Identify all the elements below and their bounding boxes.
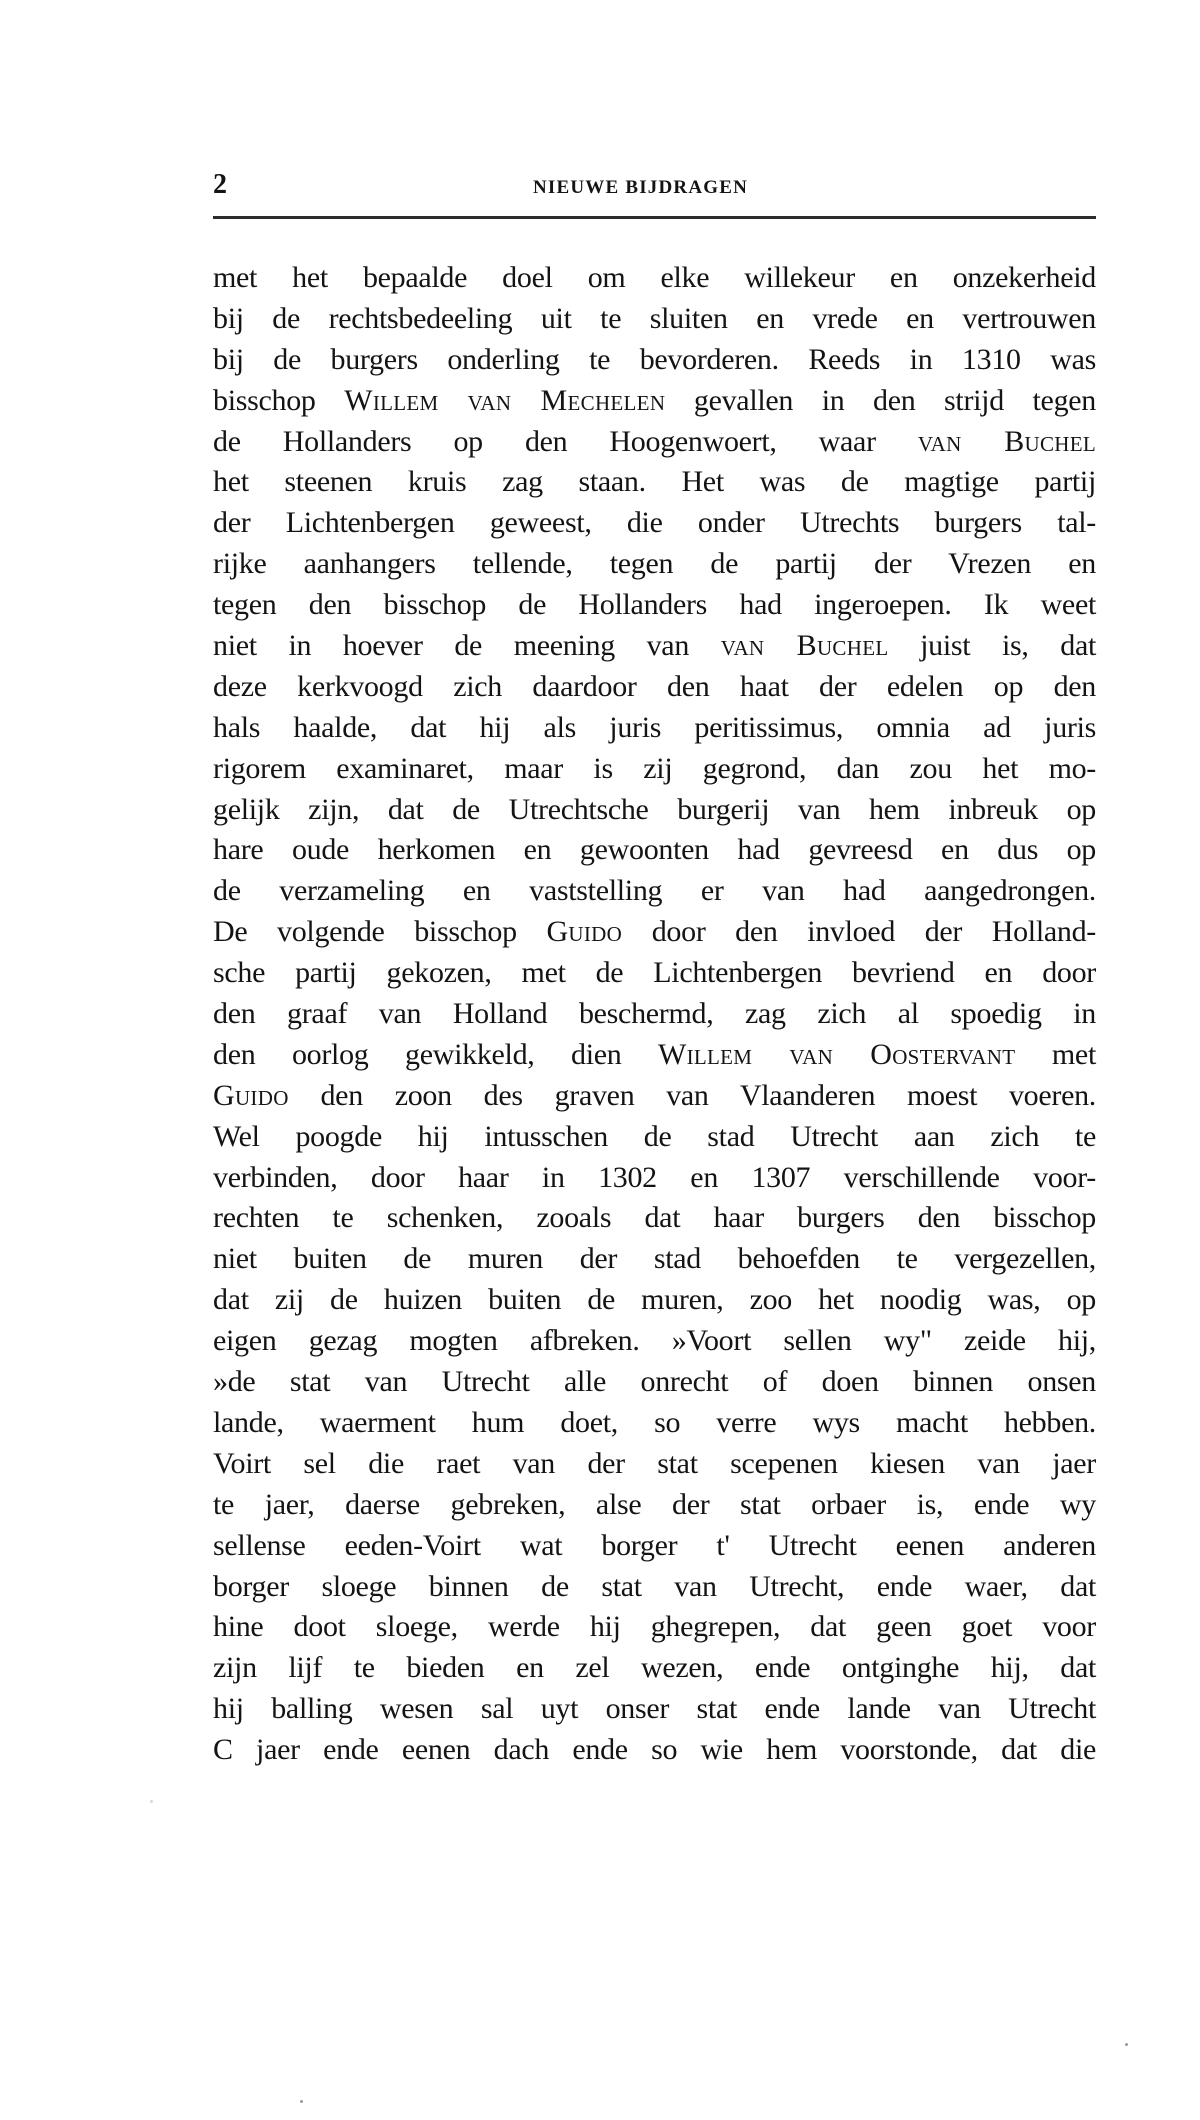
text-run: hare oude herkomen en gewoonten had gevr… — [213, 833, 1096, 866]
text-run: De volgende bisschop — [213, 915, 546, 948]
running-head: 2 NIEUWE BIJDRAGEN — [213, 170, 1096, 200]
text-line: De volgende bisschop Guido door den invl… — [213, 912, 1096, 953]
small-caps-name: van Buchel — [721, 629, 889, 662]
text-run: met — [1015, 1038, 1096, 1071]
text-line: lande, waerment hum doet, so verre wys m… — [213, 1403, 1096, 1444]
scan-speck — [150, 1800, 153, 1803]
text-run: rijke aanhangers tellende, tegen de part… — [213, 547, 1096, 580]
text-line: C jaer ende eenen dach ende so wie hem v… — [213, 1730, 1096, 1771]
text-line: rijke aanhangers tellende, tegen de part… — [213, 544, 1096, 585]
text-line: sche partij gekozen, met de Lichtenberge… — [213, 953, 1096, 994]
small-caps-name: van Buchel — [918, 425, 1096, 458]
text-run: rigorem examinaret, maar is zij gegrond,… — [213, 752, 1096, 785]
text-line: rigorem examinaret, maar is zij gegrond,… — [213, 749, 1096, 790]
text-run: der Lichtenbergen geweest, die onder Utr… — [213, 506, 1096, 539]
text-run: borger sloege binnen de stat van Utrecht… — [213, 1570, 1096, 1603]
text-line: de Hollanders op den Hoogenwoert, waar v… — [213, 422, 1096, 463]
text-run: hine doot sloege, werde hij ghegrepen, d… — [213, 1610, 1096, 1643]
body-text: met het bepaalde doel om elke willekeur … — [213, 258, 1096, 1771]
text-line: Wel poogde hij intusschen de stad Utrech… — [213, 1117, 1096, 1158]
text-line: der Lichtenbergen geweest, die onder Utr… — [213, 503, 1096, 544]
text-run: de Hollanders op den Hoogenwoert, waar — [213, 425, 918, 458]
text-run: door den invloed der Holland- — [622, 915, 1096, 948]
text-run: eigen gezag mogten afbreken. »Voort sell… — [213, 1324, 1096, 1357]
small-caps-name: Willem van Oostervant — [658, 1038, 1015, 1071]
text-line: deze kerkvoogd zich daardoor den haat de… — [213, 667, 1096, 708]
text-run: gevallen in den strijd tegen — [665, 384, 1096, 417]
text-run: sche partij gekozen, met de Lichtenberge… — [213, 956, 1096, 989]
text-line: bij de rechtsbedeeling uit te sluiten en… — [213, 299, 1096, 340]
running-title: NIEUWE BIJDRAGEN — [533, 176, 748, 200]
text-line: verbinden, door haar in 1302 en 1307 ver… — [213, 1158, 1096, 1199]
text-run: zijn lijf te bieden en zel wezen, ende o… — [213, 1651, 1096, 1684]
text-run: te jaer, daerse gebreken, alse der stat … — [213, 1488, 1096, 1521]
text-line: rechten te schenken, zooals dat haar bur… — [213, 1198, 1096, 1239]
text-run: sellense eeden-Voirt wat borger t' Utrec… — [213, 1529, 1096, 1562]
text-run: lande, waerment hum doet, so verre wys m… — [213, 1406, 1096, 1439]
text-line: hare oude herkomen en gewoonten had gevr… — [213, 830, 1096, 871]
text-run: het steenen kruis zag staan. Het was de … — [213, 465, 1096, 498]
text-run: C jaer ende eenen dach ende so wie hem v… — [213, 1733, 1096, 1766]
text-run: deze kerkvoogd zich daardoor den haat de… — [213, 670, 1096, 703]
text-run: niet in hoever de meening van — [213, 629, 721, 662]
small-caps-name: Guido — [213, 1079, 289, 1112]
text-run: hals haalde, dat hij als juris peritissi… — [213, 711, 1096, 744]
scan-speck — [300, 2100, 303, 2103]
text-run: den oorlog gewikkeld, dien — [213, 1038, 658, 1071]
text-line: bisschop Willem van Mechelen gevallen in… — [213, 381, 1096, 422]
text-run: met het bepaalde doel om elke willekeur … — [213, 261, 1096, 294]
text-line: bij de burgers onderling te bevorderen. … — [213, 340, 1096, 381]
text-line: borger sloege binnen de stat van Utrecht… — [213, 1567, 1096, 1608]
text-run: rechten te schenken, zooals dat haar bur… — [213, 1201, 1096, 1234]
text-run: Voirt sel die raet van der stat scepenen… — [213, 1447, 1096, 1480]
text-run: »de stat van Utrecht alle onrecht of doe… — [213, 1365, 1096, 1398]
text-line: sellense eeden-Voirt wat borger t' Utrec… — [213, 1526, 1096, 1567]
text-run: dat zij de huizen buiten de muren, zoo h… — [213, 1283, 1096, 1316]
text-line: tegen den bisschop de Hollanders had ing… — [213, 585, 1096, 626]
text-line: eigen gezag mogten afbreken. »Voort sell… — [213, 1321, 1096, 1362]
text-run: Wel poogde hij intusschen de stad Utrech… — [213, 1120, 1096, 1153]
text-run: de verzameling en vaststelling er van ha… — [213, 874, 1096, 907]
small-caps-name: Willem van Mechelen — [344, 384, 665, 417]
text-line: gelijk zijn, dat de Utrechtsche burgerij… — [213, 790, 1096, 831]
text-run: den graaf van Holland beschermd, zag zic… — [213, 997, 1096, 1030]
text-line: dat zij de huizen buiten de muren, zoo h… — [213, 1280, 1096, 1321]
text-line: »de stat van Utrecht alle onrecht of doe… — [213, 1362, 1096, 1403]
text-run: den zoon des graven van Vlaanderen moest… — [289, 1079, 1096, 1112]
text-line: hals haalde, dat hij als juris peritissi… — [213, 708, 1096, 749]
text-line: het steenen kruis zag staan. Het was de … — [213, 462, 1096, 503]
text-line: hine doot sloege, werde hij ghegrepen, d… — [213, 1607, 1096, 1648]
book-page: 2 NIEUWE BIJDRAGEN met het bepaalde doel… — [0, 0, 1200, 2120]
text-line: den oorlog gewikkeld, dien Willem van Oo… — [213, 1035, 1096, 1076]
text-line: niet in hoever de meening van van Buchel… — [213, 626, 1096, 667]
text-line: hij balling wesen sal uyt onser stat end… — [213, 1689, 1096, 1730]
text-run: gelijk zijn, dat de Utrechtsche burgerij… — [213, 793, 1096, 826]
text-run: verbinden, door haar in 1302 en 1307 ver… — [213, 1161, 1096, 1194]
text-run: hij balling wesen sal uyt onser stat end… — [213, 1692, 1096, 1725]
text-line: niet buiten de muren der stad behoefden … — [213, 1239, 1096, 1280]
text-run: juist is, dat — [888, 629, 1096, 662]
text-line: Guido den zoon des graven van Vlaanderen… — [213, 1076, 1096, 1117]
text-run: bij de burgers onderling te bevorderen. … — [213, 343, 1096, 376]
text-line: zijn lijf te bieden en zel wezen, ende o… — [213, 1648, 1096, 1689]
text-run: bij de rechtsbedeeling uit te sluiten en… — [213, 302, 1096, 335]
text-run: niet buiten de muren der stad behoefden … — [213, 1242, 1096, 1275]
text-line: de verzameling en vaststelling er van ha… — [213, 871, 1096, 912]
text-line: Voirt sel die raet van der stat scepenen… — [213, 1444, 1096, 1485]
header-rule — [213, 216, 1096, 219]
text-line: met het bepaalde doel om elke willekeur … — [213, 258, 1096, 299]
scan-speck — [1125, 2043, 1128, 2046]
text-line: te jaer, daerse gebreken, alse der stat … — [213, 1485, 1096, 1526]
text-run: bisschop — [213, 384, 344, 417]
text-line: den graaf van Holland beschermd, zag zic… — [213, 994, 1096, 1035]
small-caps-name: Guido — [546, 915, 622, 948]
page-number: 2 — [213, 170, 227, 200]
text-run: tegen den bisschop de Hollanders had ing… — [213, 588, 1096, 621]
